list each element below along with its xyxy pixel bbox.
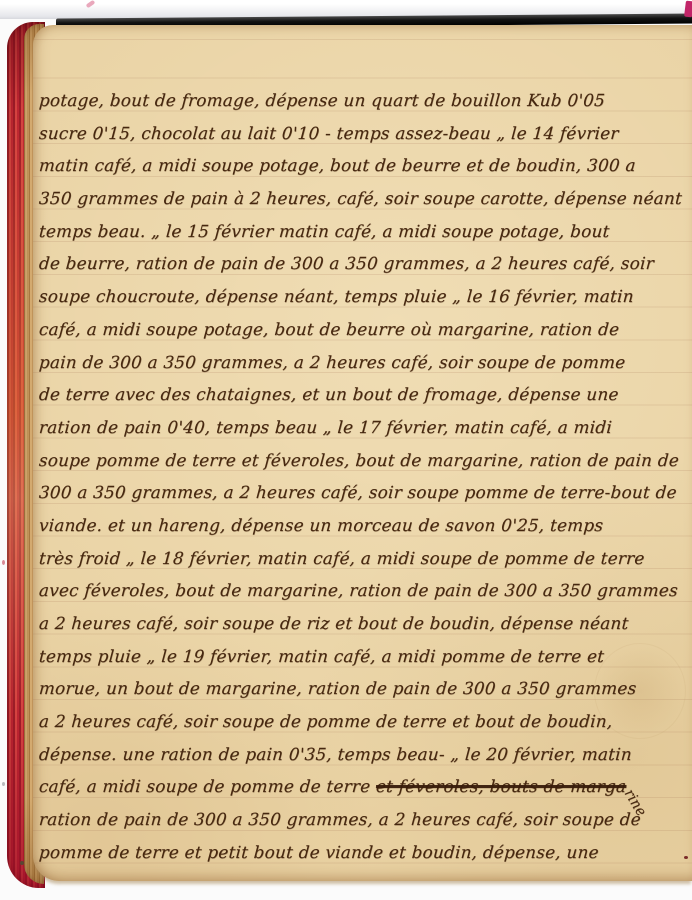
- handwriting-line: temps pluie „ le 19 février, matin café,…: [38, 640, 692, 673]
- handwriting-line: très froid „ le 18 février, matin café, …: [38, 542, 692, 575]
- handwriting-line: de beurre, ration de pain de 300 a 350 g…: [38, 247, 692, 280]
- scan-speck: [2, 782, 5, 786]
- scanned-notebook-page: potage, bout de fromage, dépense un quar…: [0, 0, 692, 900]
- line-text: café, a midi soupe de pomme de terre: [38, 776, 376, 796]
- handwriting-line: 350 grammes de pain à 2 heures, café, so…: [38, 182, 692, 215]
- handwriting-line: soupe choucroute, dépense néant, temps p…: [38, 280, 692, 313]
- pink-corner-mark: [684, 1, 692, 18]
- handwriting-line: soupe pomme de terre et féveroles, bout …: [38, 444, 692, 477]
- scan-speck: [684, 856, 688, 859]
- handwriting-line: viande. et un hareng, dépense un morceau…: [38, 509, 692, 542]
- handwriting-line: morue, un bout de margarine, ration de p…: [38, 672, 692, 705]
- handwriting-line: matin café, a midi soupe potage, bout de…: [38, 149, 692, 182]
- struck-text: et féveroles, bouts de marga: [375, 776, 627, 796]
- notebook-page: potage, bout de fromage, dépense un quar…: [33, 25, 692, 881]
- handwriting-line: pain de 300 a 350 grammes, a 2 heures ca…: [38, 346, 692, 379]
- handwriting-line: de terre avec des chataignes, et un bout…: [38, 378, 692, 411]
- handwriting-line: temps beau. „ le 15 février matin café, …: [38, 215, 692, 248]
- handwriting-line: potage, bout de fromage, dépense un quar…: [38, 84, 692, 117]
- handwriting-line: pomme de terre et petit bout de viande e…: [38, 836, 692, 869]
- handwriting-line: a 2 heures café, soir soupe de pomme de …: [38, 705, 692, 738]
- handwriting-line: café, a midi soupe de pomme de terre et …: [38, 770, 692, 803]
- handwriting-line: avec féveroles, bout de margarine, ratio…: [38, 574, 692, 607]
- handwriting-line: sucre 0'15, chocolat au lait 0'10 - temp…: [38, 117, 692, 150]
- scan-speck: [2, 560, 5, 565]
- handwriting-line: dépense. une ration de pain 0'35, temps …: [38, 738, 692, 771]
- handwriting-line: ration de pain de 300 a 350 grammes, a 2…: [38, 803, 692, 836]
- handwriting-line: café, a midi soupe potage, bout de beurr…: [38, 313, 692, 346]
- handwriting-line: a 2 heures café, soir soupe de riz et bo…: [38, 607, 692, 640]
- handwriting-line: ration de pain 0'40, temps beau „ le 17 …: [38, 411, 692, 444]
- handwritten-text: potage, bout de fromage, dépense un quar…: [39, 84, 692, 869]
- scan-speck: [20, 861, 24, 865]
- handwriting-line: 300 a 350 grammes, a 2 heures café, soir…: [38, 476, 692, 509]
